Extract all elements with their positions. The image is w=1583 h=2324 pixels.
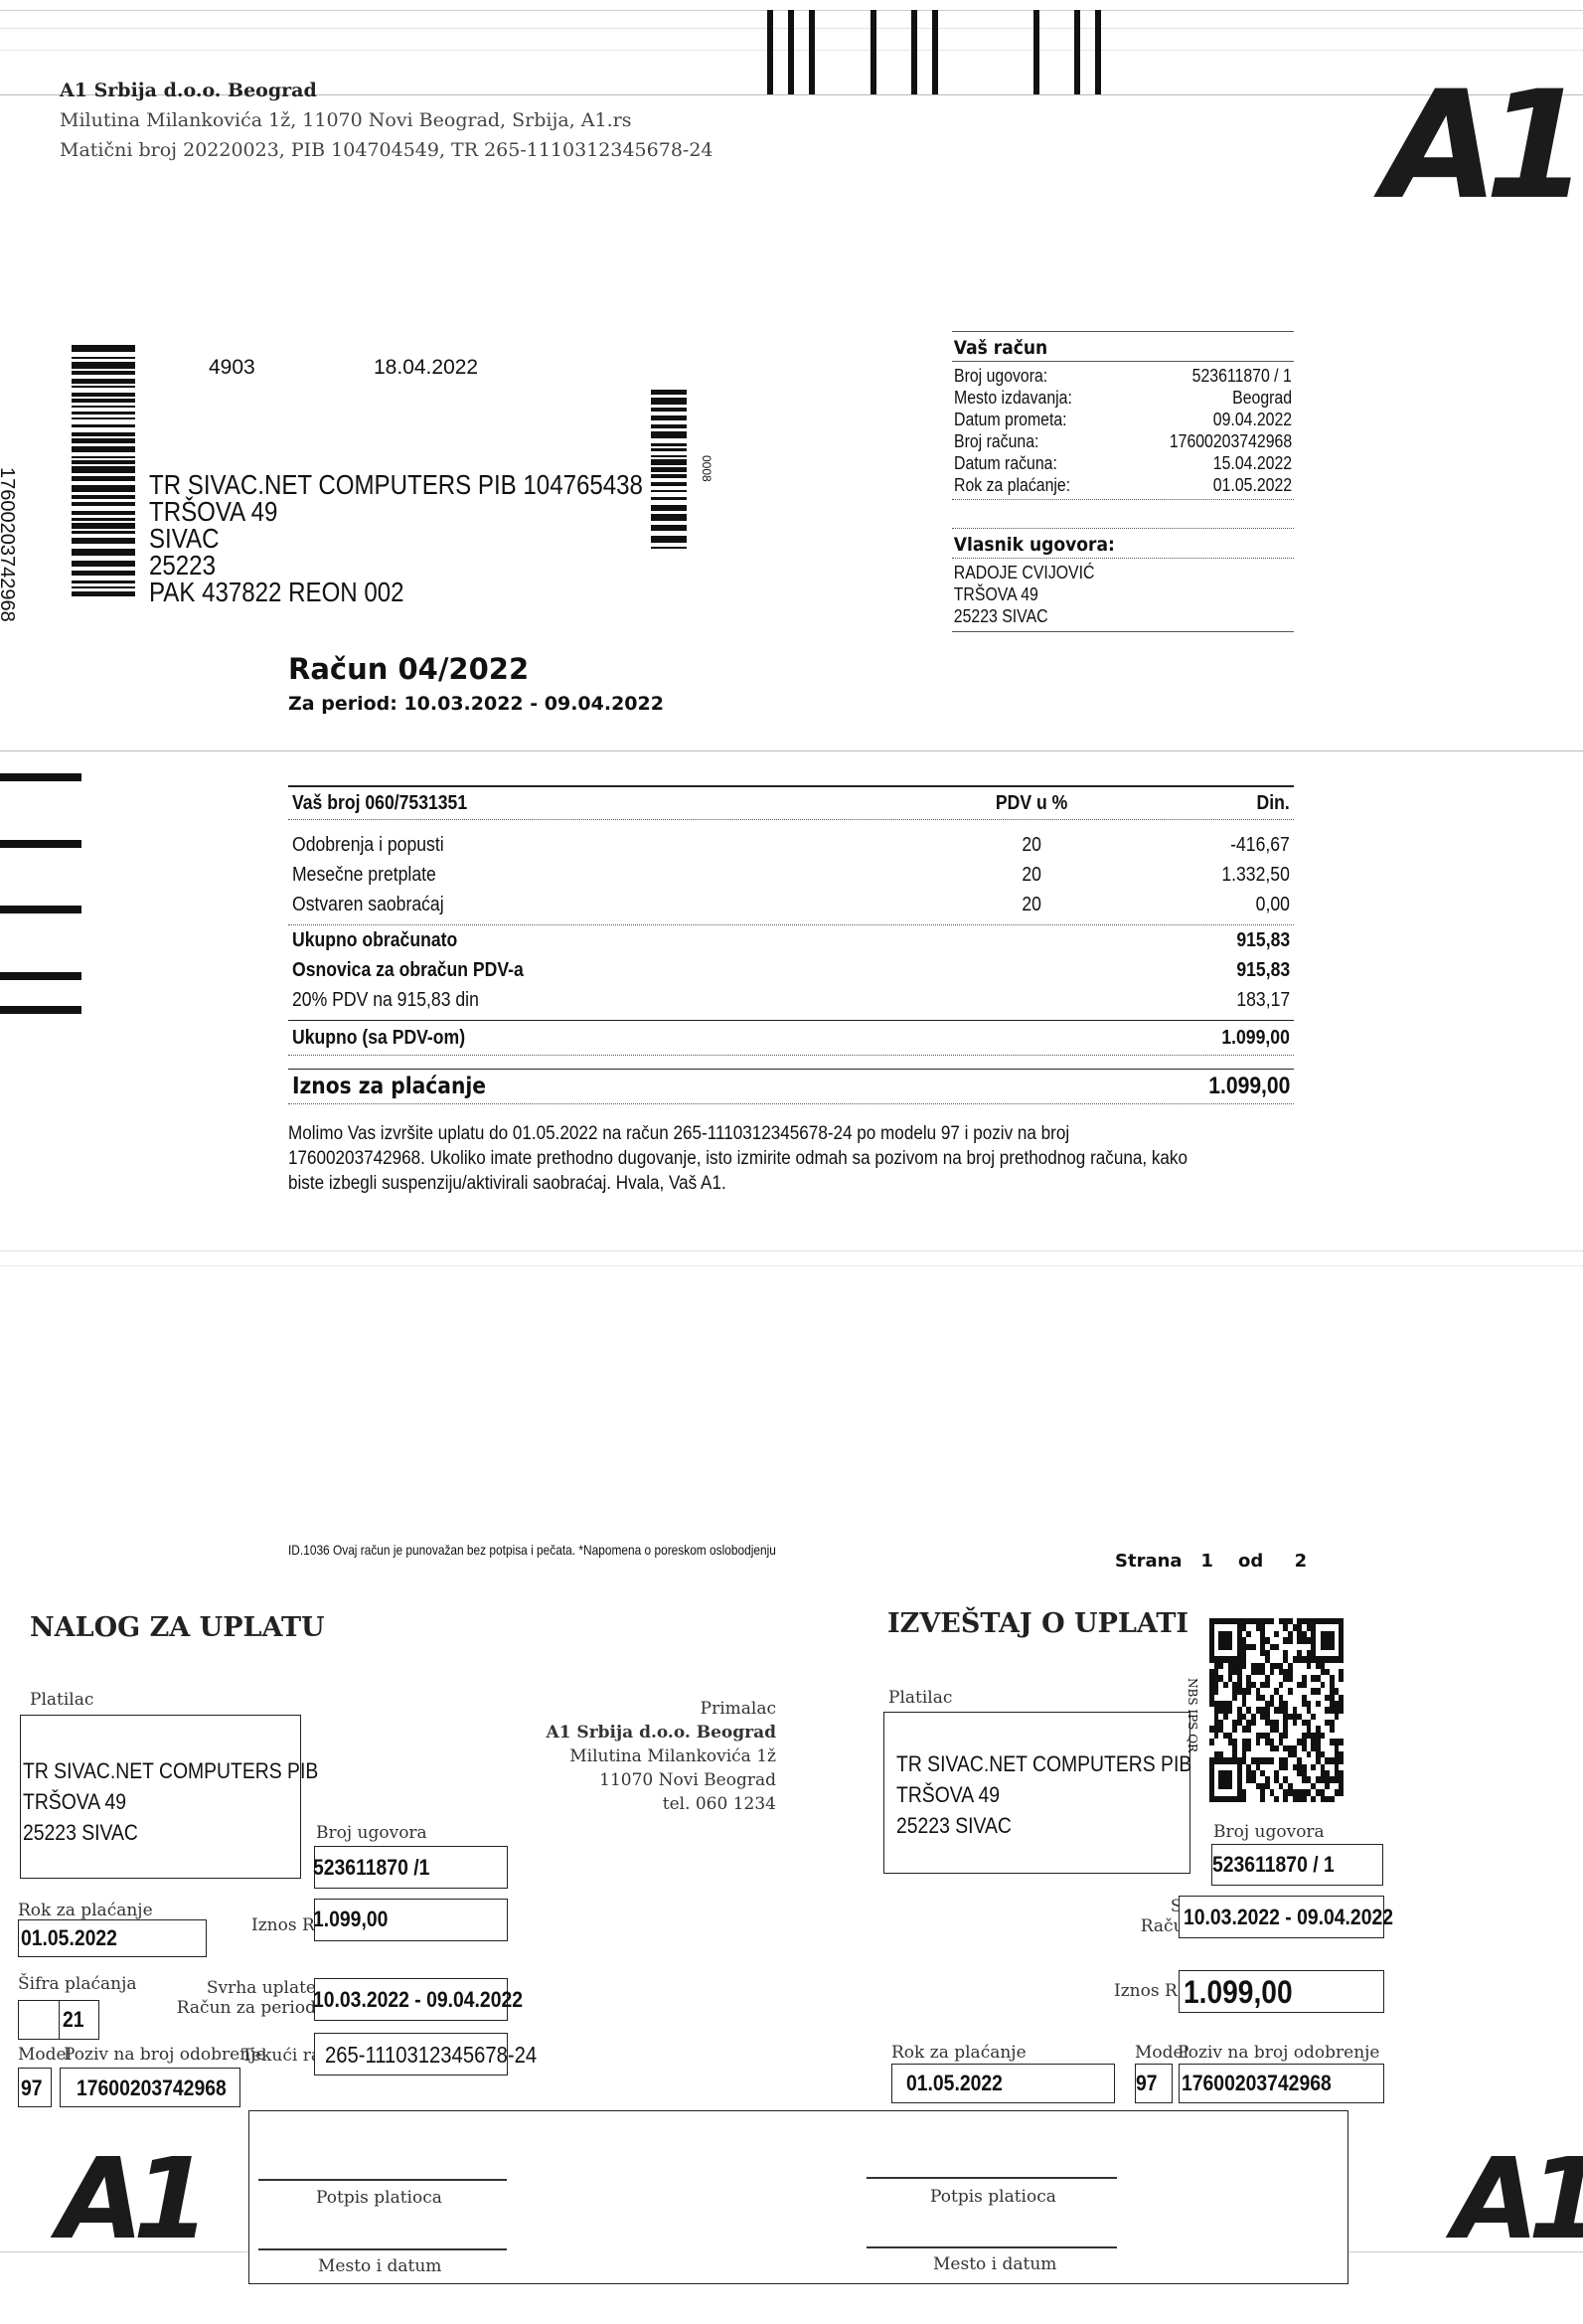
payer-signature-line[interactable] <box>258 2179 507 2181</box>
payer-label: Platilac <box>30 1690 93 1710</box>
address-line: TR SIVAC.NET COMPUTERS PIB 104765438 <box>149 471 643 498</box>
payer-field[interactable]: TR SIVAC.NET COMPUTERS PIB TRŠOVA 49 252… <box>20 1715 301 1879</box>
recipient-block: Primalac A1 Srbija d.o.o. Beograd Miluti… <box>546 1697 776 1816</box>
report-purpose-field[interactable]: 10.03.2022 - 09.04.2022 <box>1179 1896 1384 1938</box>
contract-label: Broj ugovora <box>316 1823 427 1843</box>
vat-header: PDV u % <box>996 792 1067 815</box>
info-row: Datum prometa:09.04.2022 <box>952 409 1294 430</box>
report-signature-label: Potpis platioca <box>930 2187 1056 2207</box>
address-line: TRŠOVA 49 <box>149 498 643 525</box>
payment-code-field[interactable]: 21 <box>18 2000 99 2040</box>
model-field[interactable]: 97 <box>18 2068 52 2107</box>
scan-line <box>0 750 1583 751</box>
company-registration: Matični broj 20220023, PIB 104704549, TR… <box>60 139 713 161</box>
qr-label: NBS IPS QR <box>1186 1678 1199 1752</box>
report-due-field[interactable]: 01.05.2022 <box>891 2064 1115 2103</box>
owner-title: Vlasnik ugovora: <box>952 529 1260 558</box>
report-model-field[interactable]: 97 <box>1135 2064 1173 2103</box>
reference-label: Poziv na broj odobrenje <box>64 2045 266 2065</box>
report-due-label: Rok za plaćanje <box>891 2043 1027 2063</box>
info-row: Datum računa:15.04.2022 <box>952 452 1294 474</box>
report-contract-label: Broj ugovora <box>1213 1822 1325 1842</box>
owner-details: RADOJE CVIJOVIĆ TRŠOVA 49 25223 SIVAC <box>952 559 1253 631</box>
recipient-address: TR SIVAC.NET COMPUTERS PIB 104765438 TRŠ… <box>149 471 643 605</box>
ips-qr-code <box>1209 1618 1344 1802</box>
info-row: Mesto izdavanja:Beograd <box>952 387 1294 409</box>
place-date-line[interactable] <box>258 2248 507 2250</box>
page-indicator: Strana 1 od 2 <box>1115 1551 1307 1572</box>
report-signature-line[interactable] <box>867 2177 1117 2179</box>
payment-report-title: IZVEŠTAJ O UPLATI <box>887 1608 1188 1639</box>
a1-logo-left: A1 <box>58 2135 200 2264</box>
account-field[interactable]: 265-1110312345678-24 <box>314 2033 508 2075</box>
invoice-barcode <box>72 345 135 596</box>
table-row: Ostvaren saobraćaj 20 0,00 <box>288 890 1294 919</box>
scan-line <box>0 1250 1583 1251</box>
report-amount-field[interactable]: 1.099,00 <box>1179 1970 1384 2013</box>
total-row: Ukupno obračunato 915,83 <box>288 925 1294 955</box>
grand-total-row: Ukupno (sa PDV-om) 1.099,00 <box>288 1021 1294 1055</box>
amount-header: Din. <box>1257 792 1290 815</box>
invoice-info-title: Vaš račun <box>952 332 1260 361</box>
disclaimer: ID.1036 Ovaj račun je punovažan bez potp… <box>288 1542 776 1558</box>
report-reference-field[interactable]: 17600203742968 <box>1179 2064 1384 2103</box>
invoice-title: Račun 04/2022 <box>288 652 529 686</box>
payment-order-title: NALOG ZA UPLATU <box>30 1612 325 1643</box>
total-row: Osnovica za obračun PDV-a 915,83 <box>288 955 1294 985</box>
amount-due-row: Iznos za plaćanje 1.099,00 <box>288 1070 1294 1103</box>
purpose-field[interactable]: 10.03.2022 - 09.04.2022 <box>314 1978 508 2021</box>
company-name: A1 Srbija d.o.o. Beograd <box>60 80 317 101</box>
charges-table: Vaš broj 060/7531351 PDV u % Din. Odobre… <box>288 785 1294 1104</box>
barcode-number: 17600203742968 <box>0 467 18 706</box>
reference-field[interactable]: 17600203742968 <box>60 2068 240 2107</box>
table-row: Odobrenja i popusti 20 -416,67 <box>288 830 1294 860</box>
report-payer-label: Platilac <box>888 1688 952 1708</box>
table-header: Vaš broj 060/7531351 PDV u % Din. <box>288 787 1294 819</box>
contract-field[interactable]: 523611870 /1 <box>314 1846 508 1889</box>
amount-field[interactable]: 1.099,00 <box>314 1899 508 1941</box>
table-row: Mesečne pretplate 20 1.332,50 <box>288 860 1294 890</box>
payer-signature-label: Potpis platioca <box>316 2188 442 2208</box>
mailing-code: 4903 <box>209 356 255 380</box>
a1-logo: A1 <box>1383 62 1574 231</box>
report-place-date-label: Mesto i datum <box>933 2254 1056 2274</box>
postal-barcode-number: 0008 <box>700 455 713 482</box>
postal-barcode <box>651 390 687 549</box>
report-reference-label: Poziv na broj odobrenje <box>1178 2043 1380 2063</box>
mailing-date: 18.04.2022 <box>374 356 478 380</box>
place-date-label: Mesto i datum <box>318 2256 441 2276</box>
invoice-info-box: Vaš račun Broj ugovora:523611870 / 1 Mes… <box>952 331 1294 632</box>
info-row: Broj računa:17600203742968 <box>952 430 1294 452</box>
due-date-field[interactable]: 01.05.2022 <box>18 1919 207 1957</box>
report-place-date-line[interactable] <box>867 2246 1117 2248</box>
info-row: Broj ugovora:523611870 / 1 <box>952 365 1294 387</box>
payment-code-label: Šifra plaćanja <box>18 1974 137 1994</box>
due-label: Rok za plaćanje <box>18 1901 153 1920</box>
company-address: Milutina Milankovića 1ž, 11070 Novi Beog… <box>60 109 631 131</box>
phone-number-header: Vaš broj 060/7531351 <box>292 792 467 815</box>
report-contract-field[interactable]: 523611870 / 1 <box>1211 1844 1383 1886</box>
address-line: SIVAC <box>149 525 643 552</box>
a1-logo-right: A1 <box>1453 2135 1583 2264</box>
report-payer-field[interactable]: TR SIVAC.NET COMPUTERS PIB TRŠOVA 49 252… <box>883 1712 1190 1874</box>
purpose-label: Svrha uplate Račun za period <box>177 1978 316 2018</box>
total-row: 20% PDV na 915,83 din 183,17 <box>288 985 1294 1015</box>
invoice-period: Za period: 10.03.2022 - 09.04.2022 <box>288 693 664 715</box>
scan-line <box>0 1265 1583 1266</box>
address-line: 25223 <box>149 552 643 579</box>
info-row: Rok za plaćanje:01.05.2022 <box>952 474 1294 496</box>
payment-note: Molimo Vas izvršite uplatu do 01.05.2022… <box>288 1121 1200 1196</box>
address-line: PAK 437822 REON 002 <box>149 579 643 605</box>
